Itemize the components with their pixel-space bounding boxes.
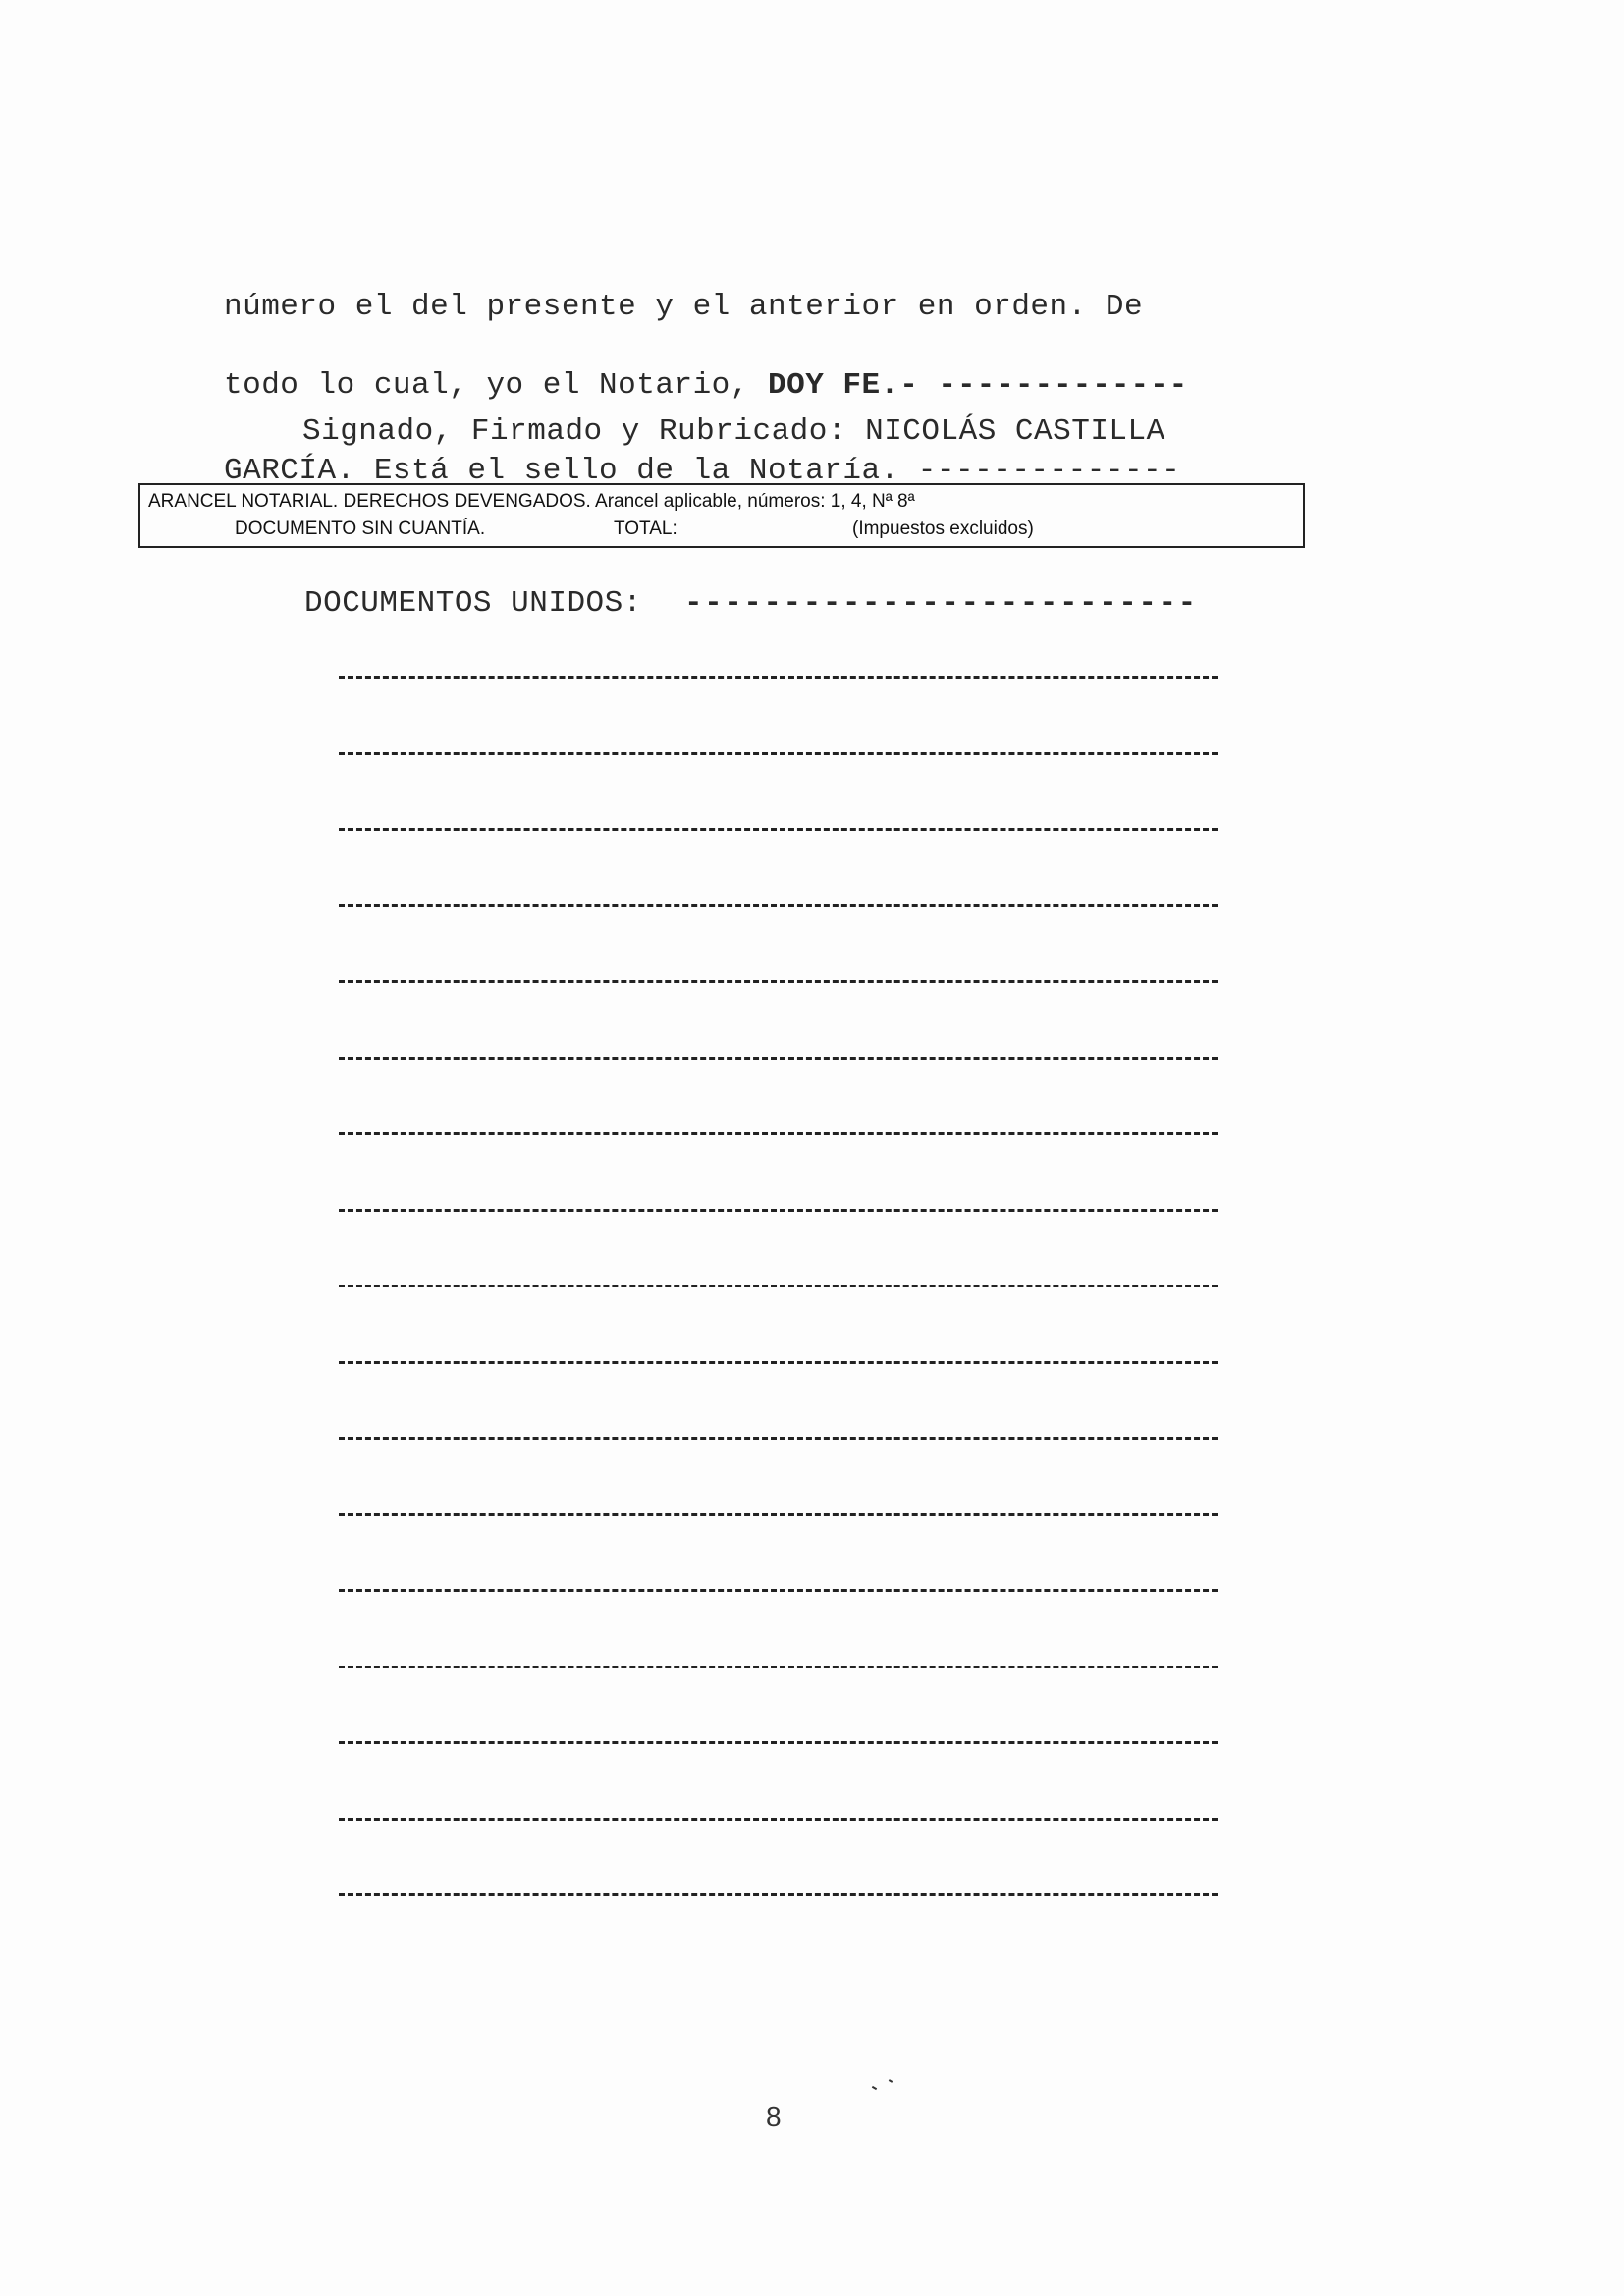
blank-dashed-line <box>339 1741 1218 1744</box>
blank-dashed-line <box>339 1589 1218 1592</box>
impuestos-excluidos: (Impuestos excluidos) <box>852 519 1034 540</box>
document-page: número el del presente y el anterior en … <box>0 0 1624 2296</box>
blank-dashed-line <box>339 752 1218 755</box>
paragraph-line-2-text: todo lo cual, yo el Notario, <box>224 368 768 403</box>
blank-dashed-line <box>339 1057 1218 1060</box>
paragraph-line-3: Signado, Firmado y Rubricado: NICOLÁS CA… <box>302 414 1165 449</box>
page-number: 8 <box>766 2102 782 2133</box>
arancel-box: ARANCEL NOTARIAL. DERECHOS DEVENGADOS. A… <box>138 483 1305 548</box>
scan-speck <box>889 2079 893 2083</box>
documentos-unidos-trail: -------------------------- <box>684 586 1198 621</box>
documento-sin-cuantia: DOCUMENTO SIN CUANTÍA. <box>235 519 485 540</box>
blank-dashed-line <box>339 676 1218 679</box>
blank-dashed-line <box>339 828 1218 831</box>
blank-dashed-line <box>339 1513 1218 1516</box>
paragraph-line-2: todo lo cual, yo el Notario, DOY FE.- --… <box>224 368 1188 403</box>
blank-dashed-line <box>339 1209 1218 1212</box>
doy-fe-text: DOY FE <box>768 368 881 403</box>
blank-dashed-line <box>339 1132 1218 1135</box>
arancel-header: ARANCEL NOTARIAL. DERECHOS DEVENGADOS. A… <box>148 491 915 513</box>
blank-dashed-line <box>339 904 1218 907</box>
blank-dashed-line <box>339 1361 1218 1364</box>
blank-dashed-line <box>339 1666 1218 1668</box>
blank-dashed-line <box>339 1893 1218 1896</box>
total-label: TOTAL: <box>614 519 677 540</box>
paragraph-line-2-trail: .- ------------- <box>881 368 1189 403</box>
blank-dashed-line <box>339 1818 1218 1821</box>
blank-dashed-line <box>339 1437 1218 1440</box>
blank-dashed-line <box>339 980 1218 983</box>
paragraph-line-1: número el del presente y el anterior en … <box>224 290 1143 324</box>
documentos-unidos-label: DOCUMENTOS UNIDOS: <box>304 586 642 621</box>
scan-speck <box>872 2086 877 2090</box>
blank-dashed-line <box>339 1285 1218 1287</box>
